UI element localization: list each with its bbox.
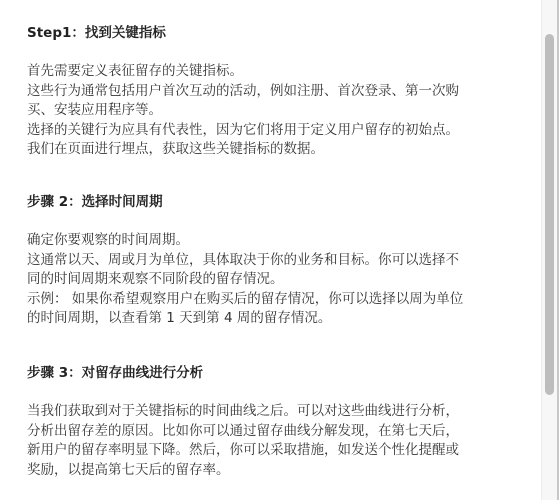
section-paragraph: 当我们获取到对于关键指标的时间曲线之后。可以对这些曲线进行分析， 分析出留存差的… (27, 402, 537, 480)
paragraph-line: 首先需要定义表征留存的关键指标。 (27, 62, 537, 82)
paragraph-line: 当我们获取到对于关键指标的时间曲线之后。可以对这些曲线进行分析， (27, 402, 537, 422)
vertical-scrollbar-thumb[interactable] (545, 34, 554, 395)
section-paragraph: 首先需要定义表征留存的关键指标。 这些行为通常包括用户首次互动的活动，例如注册、… (27, 62, 537, 160)
paragraph-line: 这些行为通常包括用户首次互动的活动，例如注册、首次登录、第一次购 (27, 82, 537, 102)
section-heading: 步骤 3：对留存曲线进行分析 (27, 363, 537, 383)
paragraph-line: 示例： 如果你希望观察用户在购买后的留存情况，你可以选择以周为单位 (27, 290, 537, 310)
paragraph-line: 确定你要观察的时间周期。 (27, 231, 537, 251)
paragraph-line: 买、安装应用程序等。 (27, 101, 537, 121)
paragraph-line: 奖励，以提高第七天后的留存率。 (27, 461, 537, 481)
paragraph-line: 这通常以天、周或月为单位，具体取决于你的业务和目标。你可以选择不 (27, 251, 537, 271)
section-step-2: 步骤 2：选择时间周期 确定你要观察的时间周期。 这通常以天、周或月为单位，具体… (27, 192, 537, 329)
section-heading: Step1：找到关键指标 (27, 23, 537, 43)
document-content: Step1：找到关键指标 首先需要定义表征留存的关键指标。 这些行为通常包括用户… (0, 0, 541, 500)
paragraph-line: 同的时间周期来观察不同阶段的留存情况。 (27, 270, 537, 290)
section-step-3: 步骤 3：对留存曲线进行分析 当我们获取到对于关键指标的时间曲线之后。可以对这些… (27, 363, 537, 480)
paragraph-line: 选择的关键行为应具有代表性，因为它们将用于定义用户留存的初始点。 (27, 121, 537, 141)
paragraph-line: 我们在页面进行埋点，获取这些关键指标的数据。 (27, 140, 537, 160)
section-paragraph: 确定你要观察的时间周期。 这通常以天、周或月为单位，具体取决于你的业务和目标。你… (27, 231, 537, 329)
section-heading: 步骤 2：选择时间周期 (27, 192, 537, 212)
paragraph-line: 新用户的留存率明显下降。然后，你可以采取措施，如发送个性化提醒或 (27, 441, 537, 461)
paragraph-line: 的时间周期，以查看第 1 天到第 4 周的留存情况。 (27, 309, 537, 329)
paragraph-line: 分析出留存差的原因。比如你可以通过留存曲线分解发现，在第七天后， (27, 422, 537, 442)
section-step-1: Step1：找到关键指标 首先需要定义表征留存的关键指标。 这些行为通常包括用户… (27, 23, 537, 160)
